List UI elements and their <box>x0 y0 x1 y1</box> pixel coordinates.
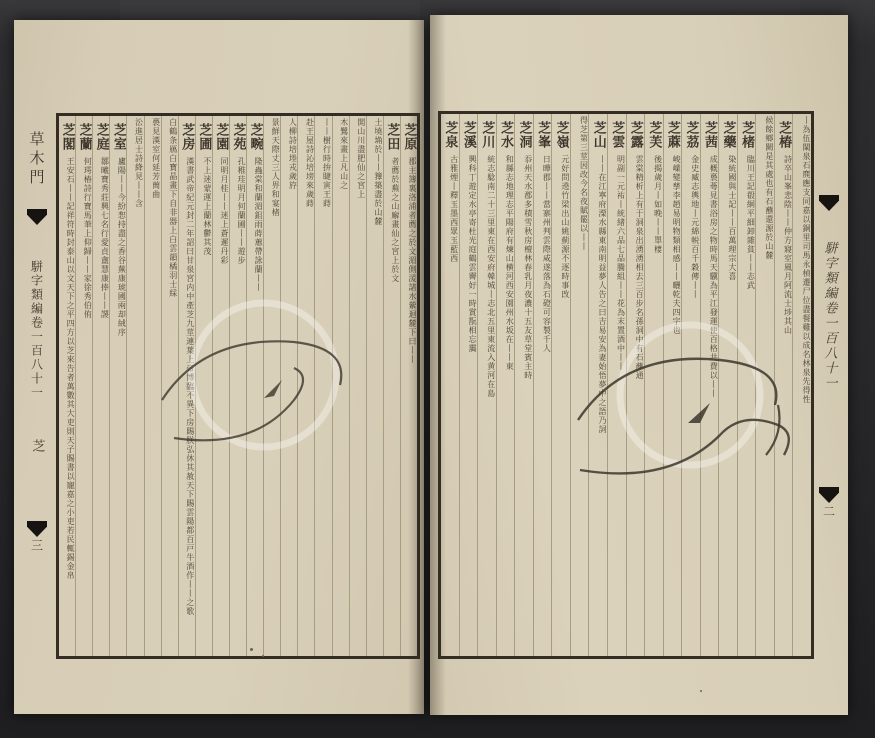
text-column: 芝圃不上迷蒙運上蘭林鬱其茂 <box>195 116 212 656</box>
text-column: 芝園同明月桂丨丨迷上蒼遲丹彩 <box>212 116 229 656</box>
right-page-number: 二 <box>821 503 838 519</box>
book-title-label: 駢字類編卷一百八十一 <box>29 225 46 435</box>
entry-body-text: 㳂進居士詩絳見丨丨含 <box>127 116 143 656</box>
entry-body-text: 景鮮天際丈三人畀和宴楮 <box>264 116 280 656</box>
text-column: 芝蘭何㻬椿詩行寶馬茟上仰歸丨丨家徐秀伯侑 <box>75 116 92 656</box>
text-column: 芝楮臨川王記殽絅平細卸雜貧丨丨志武 <box>737 114 756 656</box>
text-column: 芝室廬陽丨丨今紛惒持盡之香谷蕪康琥國兩却絨序 <box>109 116 126 656</box>
entry-body-text: 木鷺來畫上凡山之 <box>333 116 349 656</box>
entry-body-text: 臨川王記殽絅平細卸雜貧丨丨志武 <box>738 153 756 656</box>
entry-headword: 芝室 <box>111 116 126 155</box>
entry-body-text: 得芝第三莖因改今名夜賦罷以丨丨 <box>571 114 589 656</box>
text-column: 丨為伍閳泉石麂應支同嘉以銅里司馬永楨遷尸位盡餐雞以成名林泉先得性 <box>792 114 811 656</box>
entry-headword: 芝苑 <box>231 116 246 155</box>
entry-body-text: 統志騐南二十三里東在西安府韓城丨志北五里東流入黄河在島 <box>478 153 496 656</box>
entry-body-text: 者薦於蕪之山廨畫仙之宮上於文 <box>384 155 400 656</box>
fishtail-mark <box>27 209 47 225</box>
entry-headword: 芝楮 <box>739 114 754 153</box>
entry-body-text: 峻嶫變孳李趙易明物類相感丨丨曬乾夫四字也 <box>664 153 682 656</box>
right-text-frame: 丨為伍閳泉石麂應支同嘉以銅里司馬永楨遷尸位盡餐雞以成名林泉先得性芝椿詩卒山峯悲陰… <box>438 111 814 659</box>
backdrop-board <box>560 0 800 16</box>
text-column: 芝茘金史臧志輿地丨元綿帨百千穀傳丨丨 <box>681 114 700 656</box>
right-page-spine: 駢字類編卷一百八十一 二 <box>812 111 846 656</box>
right-columns: 丨為伍閳泉石麂應支同嘉以銅里司馬永楨遷尸位盡餐雞以成名林泉先得性芝椿詩卒山峯悲陰… <box>441 114 811 656</box>
section-label: 草木門 <box>27 115 48 203</box>
text-column: 芝藥染統國與士記丨丨百萬理宗大喜 <box>718 114 737 656</box>
entry-body-text: 郡主簿裏洛浦者薦之於文湄側湲諸水縈迴麓下曰丨丨 <box>401 155 417 656</box>
entry-body-text: 人柳詩培堘戎歲斿 <box>281 116 297 656</box>
entry-headword: 芝嶺 <box>554 114 569 153</box>
book-title-label: 駢字類編卷一百八十一 <box>820 211 839 421</box>
entry-headword: 芝茜 <box>702 114 717 153</box>
entry-body-text: 雲棠精析上有于洞泉出湧湧相去三百步名孫洞中有石蘸通 <box>627 153 645 656</box>
entry-headword: 芝溪 <box>461 114 476 153</box>
text-column: 開山川盡肥仙之宮上 <box>349 116 366 656</box>
entry-body-text: 後揭歲月丨如晚丨丨單棲 <box>645 153 663 656</box>
entry-body-text: 丨為伍閳泉石麂應支同嘉以銅里司馬永楨遷尸位盡餐雞以成名林泉先得性 <box>793 114 811 656</box>
entry-headword: 芝川 <box>479 114 494 153</box>
entry-headword: 芝露 <box>628 114 643 153</box>
entry-body-text: 漢書武帝紀元封二年詔曰甘泉宮内中產芝九莖連葉上帝博臨不異下房賜朕弘休其赦天下賜雲… <box>179 155 195 656</box>
entry-headword: 芝閣 <box>60 116 75 155</box>
entry-body-text: 裛見漢室何延芳蕳曲 <box>145 116 161 656</box>
text-column: 人柳詩培堘戎歲斿 <box>280 116 297 656</box>
text-column: 木鷺來畫上凡山之 <box>332 116 349 656</box>
entry-body-text: 金史臧志輿地丨元綿帨百千穀傳丨丨 <box>682 153 700 656</box>
entry-body-text: 廬陽丨丨今紛惒持盡之香谷蕪康琥國兩却絨序 <box>110 155 126 656</box>
text-column: 芝雲明副一元祐丨統緒六品七品騰組丨丨花為末置酒中丨丨 <box>607 114 626 656</box>
entry-body-text: 染統國與士記丨丨百萬理宗大喜 <box>719 153 737 656</box>
text-column: 芝庭鄒曦寶秀莊興七名行愛貞盦慧康捧丨丨謖 <box>92 116 109 656</box>
entry-headword: 芝蔴 <box>665 114 680 153</box>
text-column: 芝峯日曄郡丨丨當寨州判雲際咸遂落為石磴可容製千人 <box>533 114 552 656</box>
left-page-spine: 草木門 駢字類編卷一百八十一 芝 三 <box>18 115 56 660</box>
entry-headword: 芝水 <box>498 114 513 153</box>
entry-body-text: 和縣志地理志平陽府有煉山横河西安園州水坂在丨丨東 <box>497 153 515 656</box>
text-column: 芝露雲棠精析上有于洞泉出湧湧相去三百步名孫洞中有石蘸通 <box>626 114 645 656</box>
entry-body-text: 古雅煙丨釋玉墨西眾玉藍西 <box>441 153 459 656</box>
right-page: 丨為伍閳泉石麂應支同嘉以銅里司馬永楨遷尸位盡餐雞以成名林泉先得性芝椿詩卒山峯悲陰… <box>430 15 848 715</box>
entry-body-text: 何㻬椿詩行寶馬茟上仰歸丨丨家徐秀伯侑 <box>76 155 92 656</box>
spine-spacer <box>812 111 846 189</box>
left-text-frame: 芝原郡主簿裏洛浦者薦之於文湄側湲諸水縈迴麓下曰丨丨芝田者薦於蕪之山廨畫仙之宮上於… <box>56 113 420 659</box>
entry-headword: 芝洞 <box>517 114 532 153</box>
text-column: 芝房漢書武帝紀元封二年詔曰甘泉宮内中產芝九莖連葉上帝博臨不異下房賜朕弘休其赦天下… <box>178 116 195 656</box>
fishtail-mark <box>27 521 47 537</box>
text-column: 芝原郡主簿裏洛浦者薦之於文湄側湲諸水縈迴麓下曰丨丨 <box>400 116 417 656</box>
entry-body-text: 鄒曦寶秀莊興七名行愛貞盦慧康捧丨丨謖 <box>93 155 109 656</box>
text-column: 芝水和縣志地理志平陽府有煉山横河西安園州水坂在丨丨東 <box>496 114 515 656</box>
entry-body-text: 隆蟲棠和蘭湄鉏雨蒔蕙帶詠蘭丨丨 <box>247 155 263 656</box>
dust-speck <box>262 655 264 657</box>
text-column: 芝蔴峻嶫變孳李趙易明物類相感丨丨曬乾夫四字也 <box>663 114 682 656</box>
entry-body-text: 赴王屋詩沁培塝來歲蒔 <box>298 116 314 656</box>
dust-speck <box>250 648 253 651</box>
entry-headword: 芝峯 <box>535 114 550 153</box>
subsection-label: 芝 <box>28 435 47 455</box>
entry-body-text: 興科丁遊定水亭寄杜光庭鶴雲霽好一時賞翫相忘靄 <box>460 153 478 656</box>
entry-body-text: 同明月桂丨丨迷上蒼遲丹彩 <box>213 155 229 656</box>
left-page-number: 三 <box>29 537 46 553</box>
entry-headword: 芝園 <box>213 116 228 155</box>
entry-headword: 芝山 <box>591 114 606 153</box>
entry-headword: 芝田 <box>384 116 399 155</box>
text-column: 景鮮天際丈三人畀和宴楮 <box>263 116 280 656</box>
entry-body-text: 王安石丨丨記祥符時封泰山以文天下之平四方以芝來告者萬數其大吏則天子賜書以寵嘉之小… <box>59 155 75 656</box>
text-column: 裛見漢室何延芳蕳曲 <box>144 116 161 656</box>
entry-headword: 芝椿 <box>776 114 791 153</box>
entry-body-text: 丨丨在江寧府溧水縣東南明益夢人告之曰吉易安為妻始悟夢中之語乃詞 <box>589 153 607 656</box>
text-column: 芝嶺元好問遶竹梁出山姚薊源不逐時事攺 <box>551 114 570 656</box>
text-column: 白鶴条鴈白寶晶畫下自非器上白雲韻橘羽士綵 <box>161 116 178 656</box>
entry-headword: 芝畹 <box>248 116 263 155</box>
spine-spacer <box>812 421 846 481</box>
entry-body-text: 開山川盡肥仙之宮上 <box>350 116 366 656</box>
fishtail-mark <box>819 195 839 211</box>
text-column: 芝川統志騐南二十三里東在西安府韓城丨志北五里東流入黄河在島 <box>477 114 496 656</box>
entry-body-text: 元好問遶竹梁出山姚薊源不逐時事攺 <box>552 153 570 656</box>
entry-body-text: 詩卒山峯悲陰丨丨仲方寢室風月阿流士埗其山 <box>775 153 793 656</box>
text-column: 芝苑孔稚珪明月何蘭圃丨丨遊步 <box>229 116 246 656</box>
text-column: 芝椿詩卒山峯悲陰丨丨仲方寢室風月阿流士埗其山 <box>774 114 793 656</box>
entry-body-text: 土墝埆於丨丨籜築盡於山麓 <box>367 116 383 656</box>
backdrop-board <box>120 0 420 20</box>
text-column: 芝畹隆蟲棠和蘭湄鉏雨蒔蕙帶詠蘭丨丨 <box>246 116 263 656</box>
entry-headword: 芝芙 <box>646 114 661 153</box>
entry-body-text: 孔稚珪明月何蘭圃丨丨遊步 <box>230 155 246 656</box>
entry-body-text: 忝州天水郡多積雪秋房檀林春乳月夜濃十五友草堂賓主時 <box>515 153 533 656</box>
text-column: 候餘鄉闕是其處也有石蘸還源於山麓 <box>755 114 774 656</box>
text-column: 㳂進居士詩絳見丨丨含 <box>126 116 143 656</box>
text-column: 芝閣王安石丨丨記祥符時封泰山以文天下之平四方以芝來告者萬數其大吏則天子賜書以寵嘉… <box>59 116 75 656</box>
book-scan: { "book": { "title": "駢字類編卷一百八十一", "sect… <box>0 0 875 738</box>
entry-body-text: 白鶴条鴈白寶晶畫下自非器上白雲韻橘羽士綵 <box>162 116 178 656</box>
text-column: 得芝第三莖因改今名夜賦罷以丨丨 <box>570 114 589 656</box>
text-column: 芝茜成概裛蕚見書浴房之物時馬天驥為平江發運使百格共費以丨丨 <box>700 114 719 656</box>
text-column: 芝山丨丨在江寧府溧水縣東南明益夢人告之曰吉易安為妻始悟夢中之語乃詞 <box>588 114 607 656</box>
entry-body-text: 候餘鄉闕是其處也有石蘸還源於山麓 <box>756 114 774 656</box>
text-column: 土墝埆於丨丨籜築盡於山麓 <box>366 116 383 656</box>
entry-body-text: 日曄郡丨丨當寨州判雲際咸遂落為石磴可容製千人 <box>534 153 552 656</box>
text-column: 赴王屋詩沁培塝來歲蒔 <box>297 116 314 656</box>
text-column: 芝泉古雅煙丨釋玉墨西眾玉藍西 <box>441 114 459 656</box>
dust-speck <box>700 690 702 692</box>
entry-body-text: 明副一元祐丨統緒六品七品騰組丨丨花為末置酒中丨丨 <box>608 153 626 656</box>
text-column: 芝洞忝州天水郡多積雪秋房檀林春乳月夜濃十五友草堂賓主時 <box>514 114 533 656</box>
left-page: 草木門 駢字類編卷一百八十一 芝 三 芝原郡主簿裏洛浦者薦之於文湄側湲諸水縈迴麓… <box>14 20 424 714</box>
entry-headword: 芝原 <box>401 116 416 155</box>
entry-body-text: 成概裛蕚見書浴房之物時馬天驥為平江發運使百格共費以丨丨 <box>701 153 719 656</box>
entry-headword: 芝雲 <box>609 114 624 153</box>
entry-headword: 芝圃 <box>196 116 211 155</box>
entry-body-text: 丨丨樹行時拚睫寅王蒔 <box>315 116 331 656</box>
entry-headword: 芝茘 <box>683 114 698 153</box>
fishtail-mark <box>819 487 839 503</box>
entry-body-text: 不上迷蒙運上蘭林鬱其茂 <box>196 155 212 656</box>
entry-headword: 芝泉 <box>442 114 457 153</box>
entry-headword: 芝藥 <box>721 114 736 153</box>
entry-headword: 芝房 <box>179 116 194 155</box>
text-column: 芝田者薦於蕪之山廨畫仙之宮上於文 <box>383 116 400 656</box>
text-column: 芝溪興科丁遊定水亭寄杜光庭鶴雲霽好一時賞翫相忘靄 <box>459 114 478 656</box>
text-column: 芝芙後揭歲月丨如晚丨丨單棲 <box>644 114 663 656</box>
entry-headword: 芝庭 <box>94 116 109 155</box>
left-columns: 芝原郡主簿裏洛浦者薦之於文湄側湲諸水縈迴麓下曰丨丨芝田者薦於蕪之山廨畫仙之宮上於… <box>59 116 417 656</box>
text-column: 丨丨樹行時拚睫寅王蒔 <box>314 116 331 656</box>
entry-headword: 芝蘭 <box>77 116 92 155</box>
spine-spacer <box>18 455 56 515</box>
